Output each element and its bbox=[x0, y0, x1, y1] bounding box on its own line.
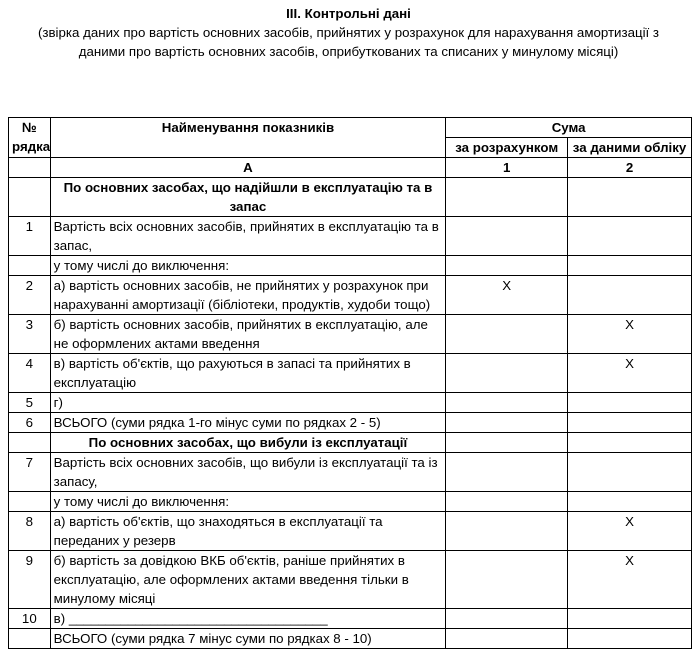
row-number-cell: 8 bbox=[9, 512, 51, 551]
row-number-cell: 1 bbox=[9, 217, 51, 256]
header-accounting: за даними обліку bbox=[568, 138, 692, 158]
table-row: 5г) bbox=[9, 393, 692, 413]
accounting-amount-cell bbox=[568, 609, 692, 629]
calc-amount-cell bbox=[446, 453, 568, 492]
row-number-cell: 4 bbox=[9, 354, 51, 393]
row-number-cell bbox=[9, 433, 51, 453]
indicator-name-cell: ВСЬОГО (суми рядка 1-го мінус суми по ря… bbox=[50, 413, 446, 433]
calc-amount-cell bbox=[446, 354, 568, 393]
table-row: 2а) вартість основних засобів, не прийня… bbox=[9, 276, 692, 315]
calc-amount-cell bbox=[446, 315, 568, 354]
row-number-cell: 7 bbox=[9, 453, 51, 492]
accounting-amount-cell bbox=[568, 393, 692, 413]
indicator-name-cell: г) bbox=[50, 393, 446, 413]
table-row: у тому числі до виключення: bbox=[9, 256, 692, 276]
row-number-cell: 9 bbox=[9, 551, 51, 609]
accounting-amount-cell: X bbox=[568, 315, 692, 354]
accounting-amount-cell bbox=[568, 492, 692, 512]
row-number-cell: 6 bbox=[9, 413, 51, 433]
table-row: 10в) ___________________________________ bbox=[9, 609, 692, 629]
table-row: 4в) вартість об'єктів, що рахуються в за… bbox=[9, 354, 692, 393]
section-heading: III. Контрольні дані (звірка даних про в… bbox=[0, 4, 697, 61]
calc-amount-cell: X bbox=[446, 276, 568, 315]
row-number-cell: 3 bbox=[9, 315, 51, 354]
section-title-cell: По основних засобах, що надійшли в експл… bbox=[50, 178, 446, 217]
indicator-name-cell: ВСЬОГО (суми рядка 7 мінус суми по рядка… bbox=[50, 629, 446, 649]
section-title: III. Контрольні дані bbox=[0, 4, 697, 23]
row-number-cell bbox=[9, 492, 51, 512]
header-row-no: № рядка bbox=[9, 118, 51, 158]
header-col-2: 2 bbox=[568, 158, 692, 178]
accounting-amount-cell: X bbox=[568, 354, 692, 393]
indicator-name-cell: в) вартість об'єктів, що рахуються в зап… bbox=[50, 354, 446, 393]
indicator-name-cell: а) вартість основних засобів, не прийнят… bbox=[50, 276, 446, 315]
indicator-name-cell: у тому числі до виключення: bbox=[50, 256, 446, 276]
section-header-row: По основних засобах, що вибули із експлу… bbox=[9, 433, 692, 453]
accounting-amount-cell bbox=[568, 276, 692, 315]
header-col-1: 1 bbox=[446, 158, 568, 178]
header-sum: Сума bbox=[446, 118, 692, 138]
header-empty bbox=[9, 158, 51, 178]
table-row: у тому числі до виключення: bbox=[9, 492, 692, 512]
table-row: 6ВСЬОГО (суми рядка 1-го мінус суми по р… bbox=[9, 413, 692, 433]
accounting-amount-cell bbox=[568, 453, 692, 492]
row-number-cell bbox=[9, 256, 51, 276]
calc-amount-cell bbox=[446, 551, 568, 609]
accounting-amount-cell bbox=[568, 217, 692, 256]
row-number-cell: 10 bbox=[9, 609, 51, 629]
indicator-name-cell: у тому числі до виключення: bbox=[50, 492, 446, 512]
accounting-amount-cell: X bbox=[568, 512, 692, 551]
row-number-cell bbox=[9, 629, 51, 649]
table-row: 1Вартість всіх основних засобів, прийнят… bbox=[9, 217, 692, 256]
header-col-a: А bbox=[50, 158, 446, 178]
indicator-name-cell: а) вартість об'єктів, що знаходяться в е… bbox=[50, 512, 446, 551]
header-name: Найменування показників bbox=[50, 118, 446, 158]
calc-amount-cell bbox=[446, 393, 568, 413]
section-subtitle-line1: (звірка даних про вартість основних засо… bbox=[0, 23, 697, 42]
accounting-amount-cell bbox=[568, 413, 692, 433]
calc-amount-cell bbox=[446, 178, 568, 217]
accounting-amount-cell bbox=[568, 629, 692, 649]
accounting-amount-cell bbox=[568, 256, 692, 276]
accounting-amount-cell: X bbox=[568, 551, 692, 609]
header-calc: за розрахунком bbox=[446, 138, 568, 158]
calc-amount-cell bbox=[446, 609, 568, 629]
calc-amount-cell bbox=[446, 256, 568, 276]
calc-amount-cell bbox=[446, 413, 568, 433]
row-number-cell: 5 bbox=[9, 393, 51, 413]
table-row: 9б) вартість за довідкою ВКБ об'єктів, р… bbox=[9, 551, 692, 609]
table-row: 3б) вартість основних засобів, прийнятих… bbox=[9, 315, 692, 354]
accounting-amount-cell bbox=[568, 433, 692, 453]
indicator-name-cell: в) ___________________________________ bbox=[50, 609, 446, 629]
header-row-1: № рядка Найменування показників Сума bbox=[9, 118, 692, 138]
calc-amount-cell bbox=[446, 629, 568, 649]
section-title-cell: По основних засобах, що вибули із експлу… bbox=[50, 433, 446, 453]
section-header-row: По основних засобах, що надійшли в експл… bbox=[9, 178, 692, 217]
row-number-cell: 2 bbox=[9, 276, 51, 315]
table-row: 7Вартість всіх основних засобів, що вибу… bbox=[9, 453, 692, 492]
indicator-name-cell: б) вартість основних засобів, прийнятих … bbox=[50, 315, 446, 354]
calc-amount-cell bbox=[446, 217, 568, 256]
calc-amount-cell bbox=[446, 512, 568, 551]
table-row: 8а) вартість об'єктів, що знаходяться в … bbox=[9, 512, 692, 551]
section-subtitle-line2: даними про вартість основних засобів, оп… bbox=[0, 42, 697, 61]
accounting-amount-cell bbox=[568, 178, 692, 217]
row-number-cell bbox=[9, 178, 51, 217]
indicator-name-cell: Вартість всіх основних засобів, прийняти… bbox=[50, 217, 446, 256]
control-data-table: № рядка Найменування показників Сума за … bbox=[8, 117, 692, 649]
table-row: ВСЬОГО (суми рядка 7 мінус суми по рядка… bbox=[9, 629, 692, 649]
indicator-name-cell: б) вартість за довідкою ВКБ об'єктів, ра… bbox=[50, 551, 446, 609]
calc-amount-cell bbox=[446, 433, 568, 453]
header-row-letters: А 1 2 bbox=[9, 158, 692, 178]
indicator-name-cell: Вартість всіх основних засобів, що вибул… bbox=[50, 453, 446, 492]
calc-amount-cell bbox=[446, 492, 568, 512]
